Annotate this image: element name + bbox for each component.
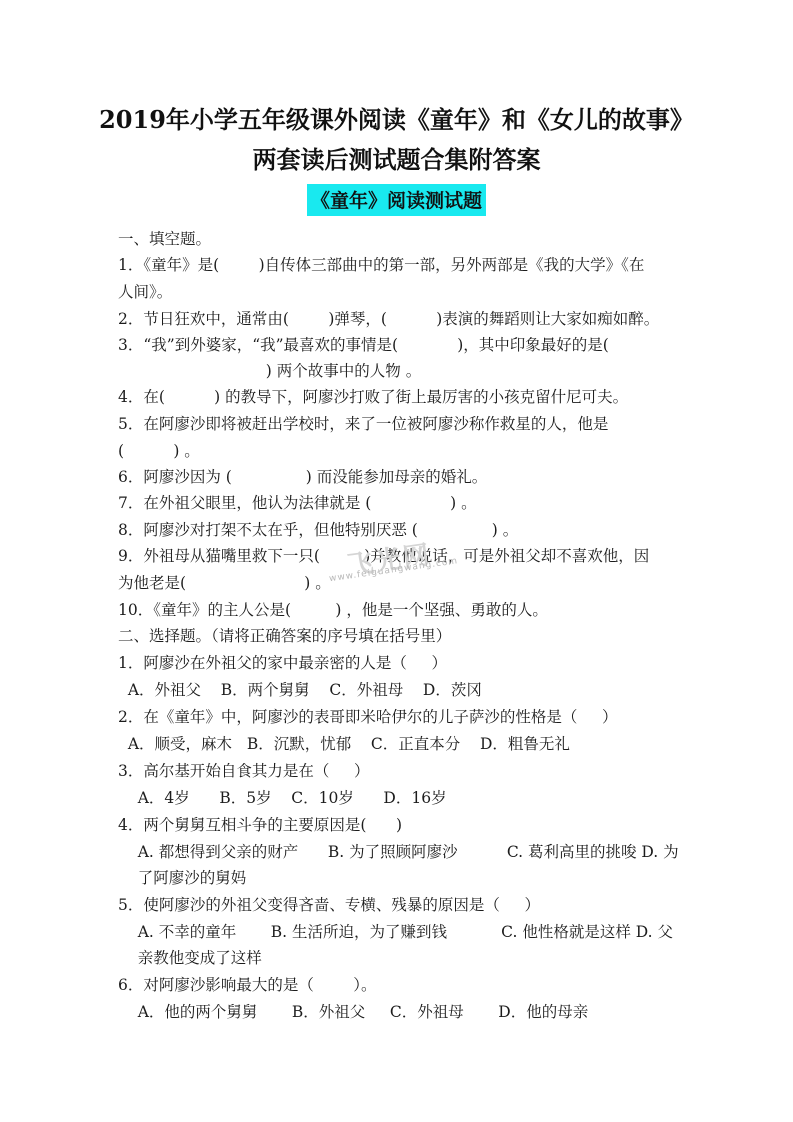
fill-question-line: 7．在外祖父眼里，他认为法律就是 ( ) 。 <box>118 493 477 513</box>
choice-question-line: 6．对阿廖沙影响最大的是（ ）。 <box>118 975 377 995</box>
choice-options-line: A. 都想得到父亲的财产 B. 为了照顾阿廖沙 C. 葛利高里的挑唆 D. 为 <box>118 842 679 862</box>
fill-question-line: 5．在阿廖沙即将被赶出学校时，来了一位被阿廖沙称作救星的人，他是 <box>118 414 608 434</box>
fill-question-line: 为他老是( ) 。 <box>118 573 331 593</box>
section1-heading: 一、填空题。 <box>118 229 211 249</box>
section2-heading: 二、选择题。（请将正确答案的序号填在括号里） <box>118 626 451 646</box>
choice-question-line: 4．两个舅舅互相斗争的主要原因是( ) <box>118 815 402 835</box>
choice-options-line: A．4岁 B．5岁 C．10岁 D．16岁 <box>118 788 447 808</box>
fill-question-line: ( ) 。 <box>118 441 200 461</box>
choice-question-line: 2．在《童年》中，阿廖沙的表哥即米哈伊尔的儿子萨沙的性格是（ ） <box>118 707 618 727</box>
choice-options-line: A. 不幸的童年 B. 生活所迫，为了赚到钱 C. 他性格就是这样 D. 父 <box>118 922 673 942</box>
fill-question-line: 2．节日狂欢中，通常由( )弹琴，( )表演的舞蹈则让大家如痴如醉。 <box>118 309 659 329</box>
choice-question-line: 5．使阿廖沙的外祖父变得吝啬、专横、残暴的原因是（ ） <box>118 895 540 915</box>
fill-question-line: 人间》。 <box>118 282 172 302</box>
choice-options-line: A．外祖父 B．两个舅舅 C．外祖母 D．茨冈 <box>118 680 482 700</box>
subtitle-highlighted: 《童年》阅读测试题 <box>307 184 486 216</box>
fill-question-line: 8．阿廖沙对打架不太在乎，但他特别厌恶 ( ) 。 <box>118 520 518 540</box>
fill-question-line: 6．阿廖沙因为 ( ) 而没能参加母亲的婚礼。 <box>118 467 487 487</box>
fill-question-line: 3．“我”到外婆家，“我”最喜欢的事情是( )，其中印象最好的是( <box>118 335 609 355</box>
fill-question-line: 1．《童年》是( )自传体三部曲中的第一部，另外两部是《我的大学》《在 <box>118 255 644 275</box>
fill-question-line: 9．外祖母从猫嘴里救下一只( )并教他说话，可是外祖父却不喜欢他，因 <box>118 546 649 566</box>
document-title-line2: 两套读后测试题合集附答案 <box>0 140 793 175</box>
fill-question-line: ) 两个故事中的人物 。 <box>118 361 421 381</box>
choice-options-line: 了阿廖沙的舅妈 <box>118 868 246 888</box>
choice-question-line: 3．高尔基开始自食其力是在（ ） <box>118 761 370 781</box>
fill-question-line: 10．《童年》的主人公是( ) ，他是一个坚强、勇敢的人。 <box>118 600 548 620</box>
choice-options-line: 亲教他变成了这样 <box>118 948 262 968</box>
choice-options-line: A．顺受，麻木 B．沉默，忧郁 C．正直本分 D．粗鲁无礼 <box>118 734 570 754</box>
choice-options-line: A．他的两个舅舅 B．外祖父 C．外祖母 D．他的母亲 <box>118 1002 588 1022</box>
document-title-line1: 2019年小学五年级课外阅读《童年》和《女儿的故事》 <box>0 100 793 135</box>
fill-question-line: 4．在( ) 的教导下，阿廖沙打败了街上最厉害的小孩克留什尼可夫。 <box>118 387 628 407</box>
choice-question-line: 1．阿廖沙在外祖父的家中最亲密的人是（ ） <box>118 653 447 673</box>
subtitle-container: 《童年》阅读测试题 <box>0 184 793 216</box>
